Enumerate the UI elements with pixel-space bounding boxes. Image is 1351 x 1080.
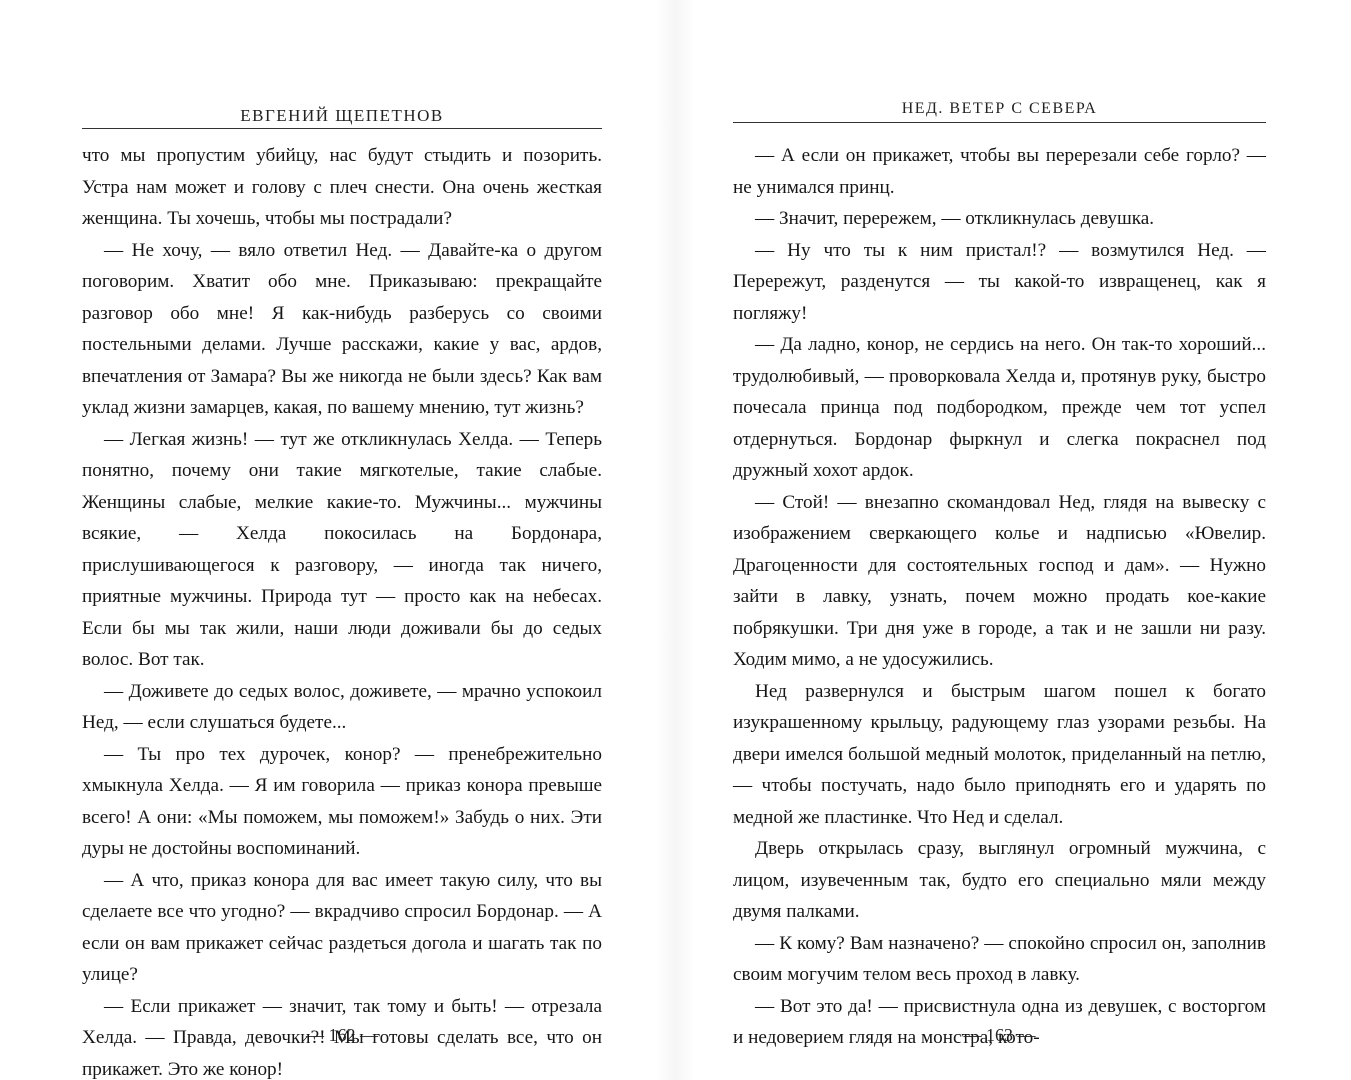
header-rule [733,122,1266,123]
paragraph: что мы пропустим убийцу, нас будут стыди… [82,140,602,235]
paragraph: — А если он прикажет, чтобы вы перерезал… [733,140,1266,203]
header-rule [82,128,602,129]
paragraph: — А что, приказ конора для вас имеет так… [82,865,602,991]
paragraph: — Ну что ты к ним пристал!? — возмутился… [733,235,1266,330]
running-head-title: Нед. Ветер с севера [733,100,1266,118]
paragraph: Дверь открылась сразу, выглянул огромный… [733,833,1266,928]
body-text: что мы пропустим убийцу, нас будут стыди… [82,140,602,1080]
paragraph: — Значит, перережем, — откликнулась деву… [733,203,1266,235]
book-spread: Евгений Щепетнов что мы пропустим убийцу… [0,0,1351,1080]
page-number: — 163 — [733,1025,1266,1046]
paragraph: — Легкая жизнь! — тут же откликнулась Хе… [82,424,602,676]
paragraph: — Не хочу, — вяло ответил Нед. — Давайте… [82,235,602,424]
running-head-author: Евгений Щепетнов [82,106,602,126]
paragraph: — Стой! — внезапно скомандовал Нед, гляд… [733,487,1266,676]
paragraph: — Да ладно, конор, не сердись на него. О… [733,329,1266,487]
paragraph: — К кому? Вам назначено? — спокойно спро… [733,928,1266,991]
body-text: — А если он прикажет, чтобы вы перерезал… [733,140,1266,1054]
paragraph: — Доживете до седых волос, доживете, — м… [82,676,602,739]
paragraph: Нед развернулся и быстрым шагом пошел к … [733,676,1266,834]
page-number: — 162 — [82,1025,602,1046]
gutter-shadow [655,0,695,1080]
paragraph: — Ты про тех дурочек, конор? — пренебреж… [82,739,602,865]
